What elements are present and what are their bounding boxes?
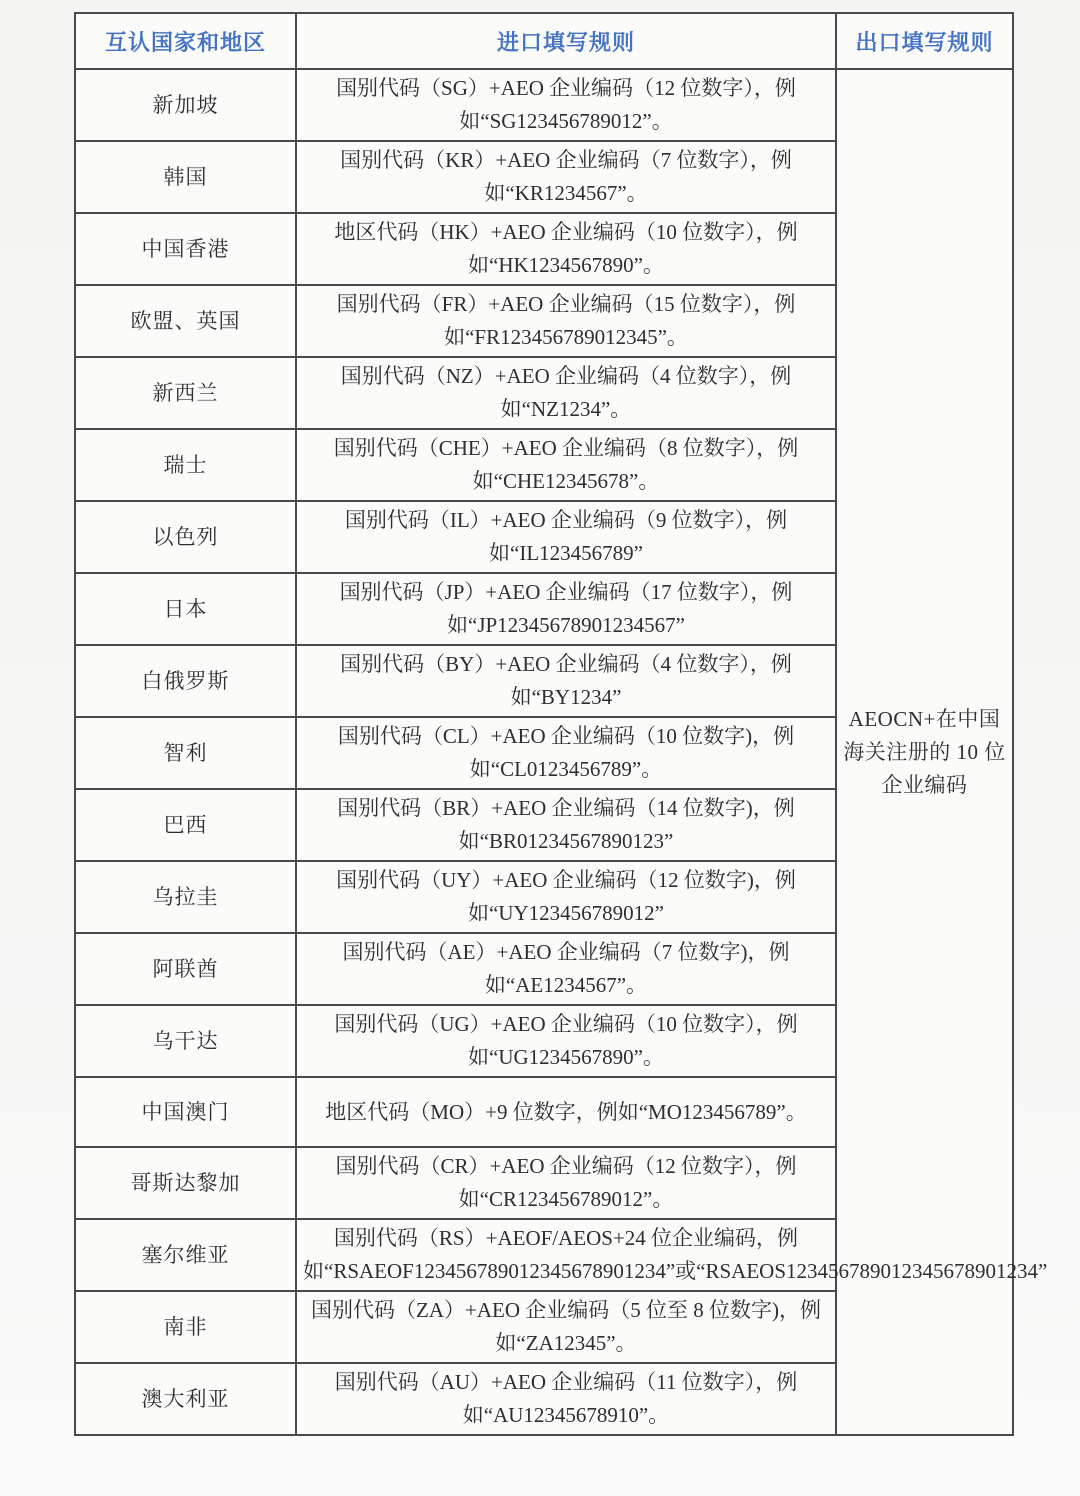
import-rule-cell: 国别代码（ZA）+AEO 企业编码（5 位至 8 位数字)，例如“ZA12345… xyxy=(296,1291,836,1363)
import-rule-cell: 国别代码（JP）+AEO 企业编码（17 位数字），例如“JP123456789… xyxy=(296,573,836,645)
import-rule-cell: 国别代码（CHE）+AEO 企业编码（8 位数字），例如“CHE12345678… xyxy=(296,429,836,501)
import-rule-cell: 国别代码（KR）+AEO 企业编码（7 位数字），例如“KR1234567”。 xyxy=(296,141,836,213)
country-cell: 新西兰 xyxy=(75,357,296,429)
import-rule-cell: 国别代码（AU）+AEO 企业编码（11 位数字），例如“AU123456789… xyxy=(296,1363,836,1435)
country-cell: 以色列 xyxy=(75,501,296,573)
country-cell: 阿联酋 xyxy=(75,933,296,1005)
country-cell: 乌拉圭 xyxy=(75,861,296,933)
country-cell: 瑞士 xyxy=(75,429,296,501)
country-cell: 塞尔维亚 xyxy=(75,1219,296,1291)
country-cell: 欧盟、英国 xyxy=(75,285,296,357)
import-rule-cell: 国别代码（UY）+AEO 企业编码（12 位数字)，例如“UY123456789… xyxy=(296,861,836,933)
country-cell: 韩国 xyxy=(75,141,296,213)
import-rule-cell: 国别代码（IL）+AEO 企业编码（9 位数字），例如“IL123456789” xyxy=(296,501,836,573)
table-row: 新加坡 国别代码（SG）+AEO 企业编码（12 位数字），例如“SG12345… xyxy=(75,69,1013,141)
country-cell: 巴西 xyxy=(75,789,296,861)
country-cell: 澳大利亚 xyxy=(75,1363,296,1435)
import-rule-cell: 国别代码（CR）+AEO 企业编码（12 位数字），例如“CR123456789… xyxy=(296,1147,836,1219)
country-cell: 中国澳门 xyxy=(75,1077,296,1147)
import-rule-cell: 国别代码（UG）+AEO 企业编码（10 位数字），例如“UG123456789… xyxy=(296,1005,836,1077)
import-rule-cell: 国别代码（RS）+AEOF/AEOS+24 位企业编码，例如“RSAEOF123… xyxy=(296,1219,836,1291)
import-rule-cell: 国别代码（CL）+AEO 企业编码（10 位数字)，例如“CL012345678… xyxy=(296,717,836,789)
header-row: 互认国家和地区 进口填写规则 出口填写规则 xyxy=(75,13,1013,69)
export-rule-cell: AEOCN+在中国海关注册的 10 位企业编码 xyxy=(836,69,1013,1435)
import-rule-cell: 国别代码（AE）+AEO 企业编码（7 位数字)，例如“AE1234567”。 xyxy=(296,933,836,1005)
import-rule-cell: 国别代码（NZ）+AEO 企业编码（4 位数字），例如“NZ1234”。 xyxy=(296,357,836,429)
import-rule-cell: 国别代码（FR）+AEO 企业编码（15 位数字），例如“FR123456789… xyxy=(296,285,836,357)
country-cell: 智利 xyxy=(75,717,296,789)
import-rule-cell: 国别代码（SG）+AEO 企业编码（12 位数字），例如“SG123456789… xyxy=(296,69,836,141)
country-cell: 日本 xyxy=(75,573,296,645)
country-cell: 新加坡 xyxy=(75,69,296,141)
country-cell: 南非 xyxy=(75,1291,296,1363)
document-page: 互认国家和地区 进口填写规则 出口填写规则 新加坡 国别代码（SG）+AEO 企… xyxy=(0,0,1080,1496)
column-header-import-rules: 进口填写规则 xyxy=(296,13,836,69)
column-header-export-rules: 出口填写规则 xyxy=(836,13,1013,69)
aeo-mutual-recognition-table: 互认国家和地区 进口填写规则 出口填写规则 新加坡 国别代码（SG）+AEO 企… xyxy=(74,12,1014,1436)
country-cell: 白俄罗斯 xyxy=(75,645,296,717)
import-rule-cell: 地区代码（HK）+AEO 企业编码（10 位数字），例如“HK123456789… xyxy=(296,213,836,285)
import-rule-cell: 地区代码（MO）+9 位数字，例如“MO123456789”。 xyxy=(296,1077,836,1147)
import-rule-cell: 国别代码（BY）+AEO 企业编码（4 位数字），例如“BY1234” xyxy=(296,645,836,717)
column-header-countries: 互认国家和地区 xyxy=(75,13,296,69)
country-cell: 中国香港 xyxy=(75,213,296,285)
country-cell: 乌干达 xyxy=(75,1005,296,1077)
country-cell: 哥斯达黎加 xyxy=(75,1147,296,1219)
import-rule-cell: 国别代码（BR）+AEO 企业编码（14 位数字)，例如“BR012345678… xyxy=(296,789,836,861)
